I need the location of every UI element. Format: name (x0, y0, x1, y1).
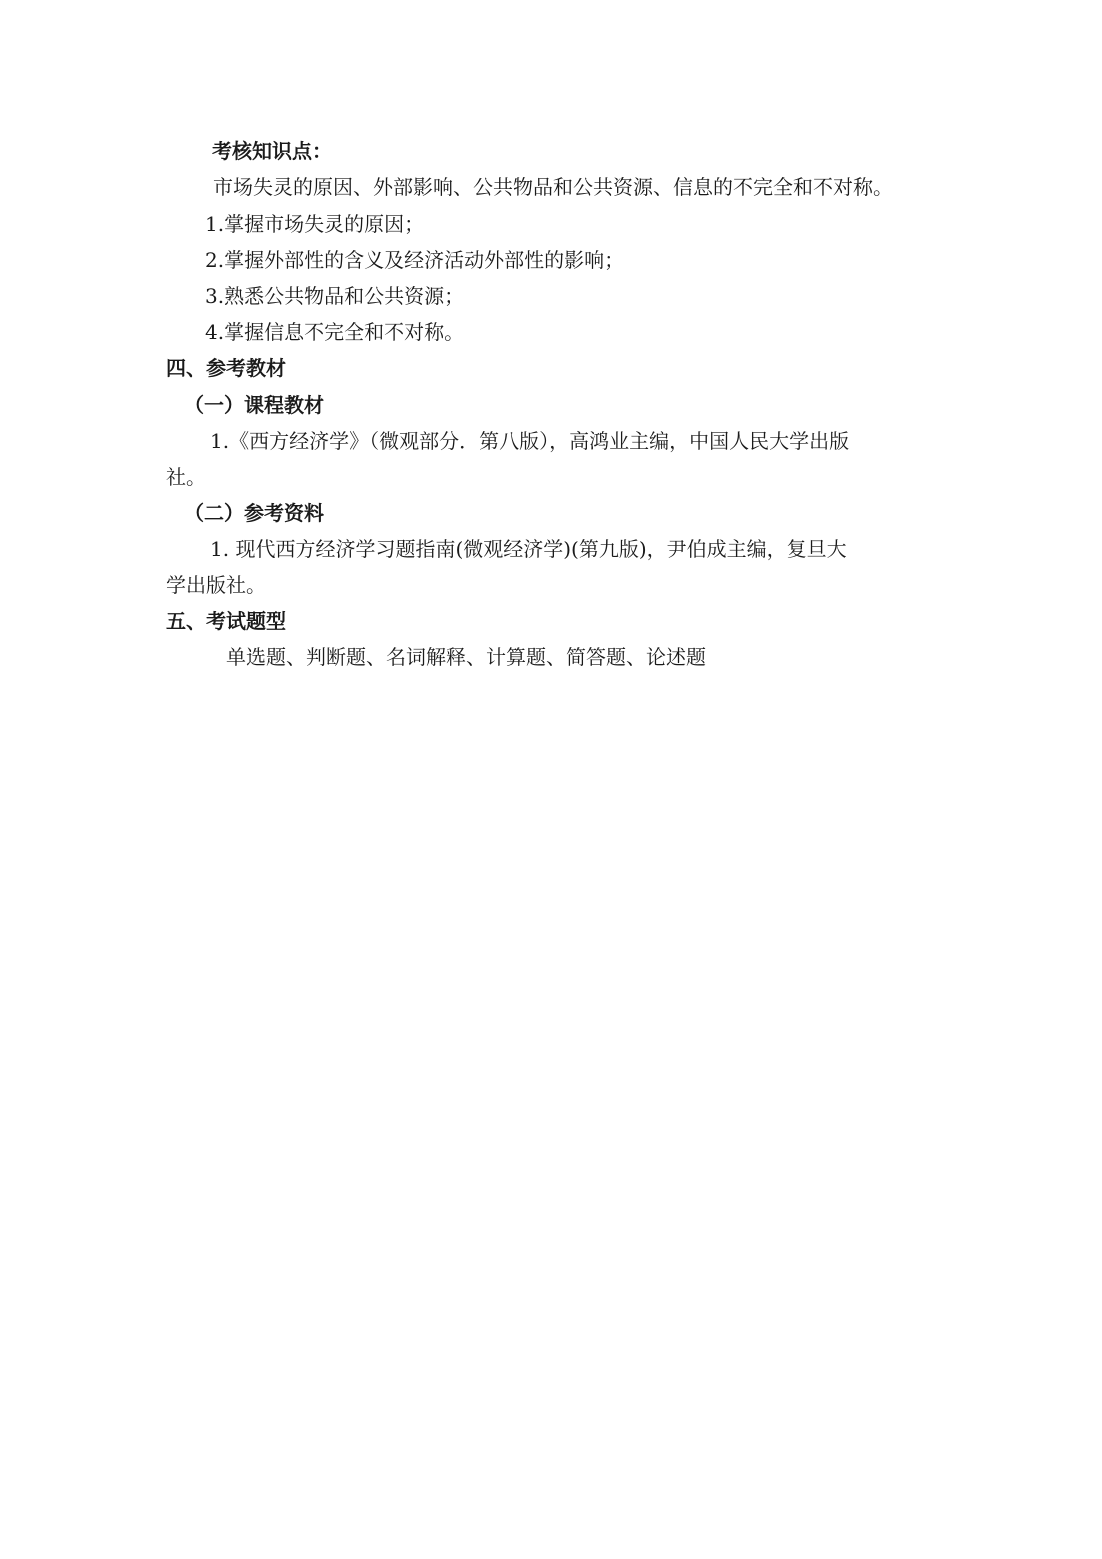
knowledge-point-item: 1.掌握市场失灵的原因； (205, 212, 424, 236)
knowledge-points-heading: 考核知识点： (212, 139, 332, 163)
knowledge-point-item: 2.掌握外部性的含义及经济活动外部性的影响； (205, 248, 624, 272)
reference-item: 1. 现代西方经济学习题指南(微观经济学)(第九版)，尹伯成主编，复旦大 (210, 537, 847, 561)
section-five-heading: 五、考试题型 (166, 609, 286, 633)
textbook-item-continued: 社。 (166, 465, 206, 489)
reference-item-continued: 学出版社。 (166, 573, 266, 597)
subsection-textbook-heading: （一）课程教材 (184, 393, 324, 417)
section-four-heading: 四、参考教材 (166, 356, 286, 380)
textbook-item: 1.《西方经济学》（微观部分．第八版），高鸿业主编，中国人民大学出版 (210, 429, 849, 453)
knowledge-point-item: 4.掌握信息不完全和不对称。 (205, 320, 464, 344)
knowledge-point-item: 3.熟悉公共物品和公共资源； (205, 284, 464, 308)
exam-question-types: 单选题、判断题、名词解释、计算题、简答题、论述题 (226, 645, 706, 669)
knowledge-points-summary: 市场失灵的原因、外部影响、公共物品和公共资源、信息的不完全和不对称。 (213, 175, 893, 199)
subsection-reference-heading: （二）参考资料 (184, 501, 324, 525)
